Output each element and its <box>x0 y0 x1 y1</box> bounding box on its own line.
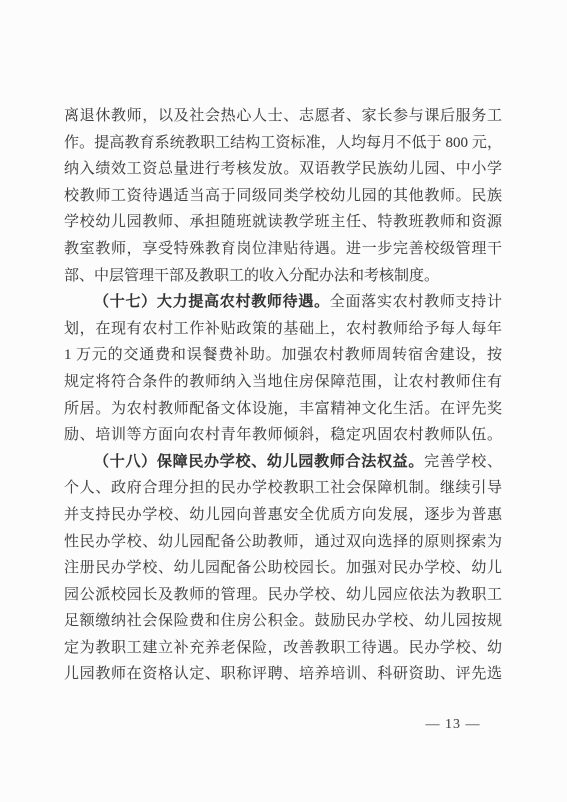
text-line: 校教师工资待遇适当高于同级同类学校幼儿园的其他教师。民族 <box>64 183 502 210</box>
body-text: 离退休教师，以及社会热心人士、志愿者、家长参与课后服务工 作。提高教育系统教职工… <box>64 103 502 688</box>
text-line: 纳入绩效工资总量进行考核发放。双语教学民族幼儿园、中小学 <box>64 156 502 183</box>
section-heading-18-line: （十八）保障民办学校、幼儿园教师合法权益。完善学校、 <box>64 449 502 476</box>
text-run: 完善学校、 <box>424 454 502 470</box>
text-run: 全面落实农村教师支持计 <box>330 294 502 310</box>
text-line: 园公派校园长及教师的管理。民办学校、幼儿园应依法为教职工 <box>64 582 502 609</box>
section-heading-18: （十八）保障民办学校、幼儿园教师合法权益。 <box>94 454 424 470</box>
text-line: 励、培训等方面向农村青年教师倾斜，稳定巩固农村教师队伍。 <box>64 422 502 449</box>
text-line: 注册民办学校、幼儿园配备公助校园长。加强对民办学校、幼儿 <box>64 555 502 582</box>
text-line: 教室教师，享受特殊教育岗位津贴待遇。进一步完善校级管理干 <box>64 236 502 263</box>
text-line: 性民办学校、幼儿园配备公助教师，通过双向选择的原则探索为 <box>64 529 502 556</box>
text-line: 所居。为农村教师配备文体设施，丰富精神文化生活。在评先奖 <box>64 396 502 423</box>
text-line: 离退休教师，以及社会热心人士、志愿者、家长参与课后服务工 <box>64 103 502 130</box>
page-number: — 13 — <box>408 712 498 738</box>
text-line: 并支持民办学校、幼儿园向普惠安全优质方向发展，逐步为普惠 <box>64 502 502 529</box>
text-line: 个人、政府合理分担的民办学校教职工社会保障机制。继续引导 <box>64 475 502 502</box>
text-line: 1 万元的交通费和误餐费补助。加强农村教师周转宿舍建设，按 <box>64 342 502 369</box>
document-page: 离退休教师，以及社会热心人士、志愿者、家长参与课后服务工 作。提高教育系统教职工… <box>0 0 567 802</box>
text-line: 规定将符合条件的教师纳入当地住房保障范围，让农村教师住有 <box>64 369 502 396</box>
section-heading-17: （十七）大力提高农村教师待遇。 <box>94 294 330 310</box>
section-heading-17-line: （十七）大力提高农村教师待遇。全面落实农村教师支持计 <box>64 289 502 316</box>
text-line: 学校幼儿园教师、承担随班就读教学班主任、特教班教师和资源 <box>64 209 502 236</box>
text-line: 足额缴纳社会保险费和住房公积金。鼓励民办学校、幼儿园按规 <box>64 608 502 635</box>
text-line: 部、中层管理干部及教职工的收入分配办法和考核制度。 <box>64 263 502 290</box>
text-line: 划，在现有农村工作补贴政策的基础上，农村教师给予每人每年 <box>64 316 502 343</box>
text-line: 作。提高教育系统教职工结构工资标准，人均每月不低于 800 元， <box>64 130 502 157</box>
text-line: 儿园教师在资格认定、职称评聘、培养培训、科研资助、评先选 <box>64 661 502 688</box>
text-line: 定为教职工建立补充养老保险，改善教职工待遇。民办学校、幼 <box>64 635 502 662</box>
